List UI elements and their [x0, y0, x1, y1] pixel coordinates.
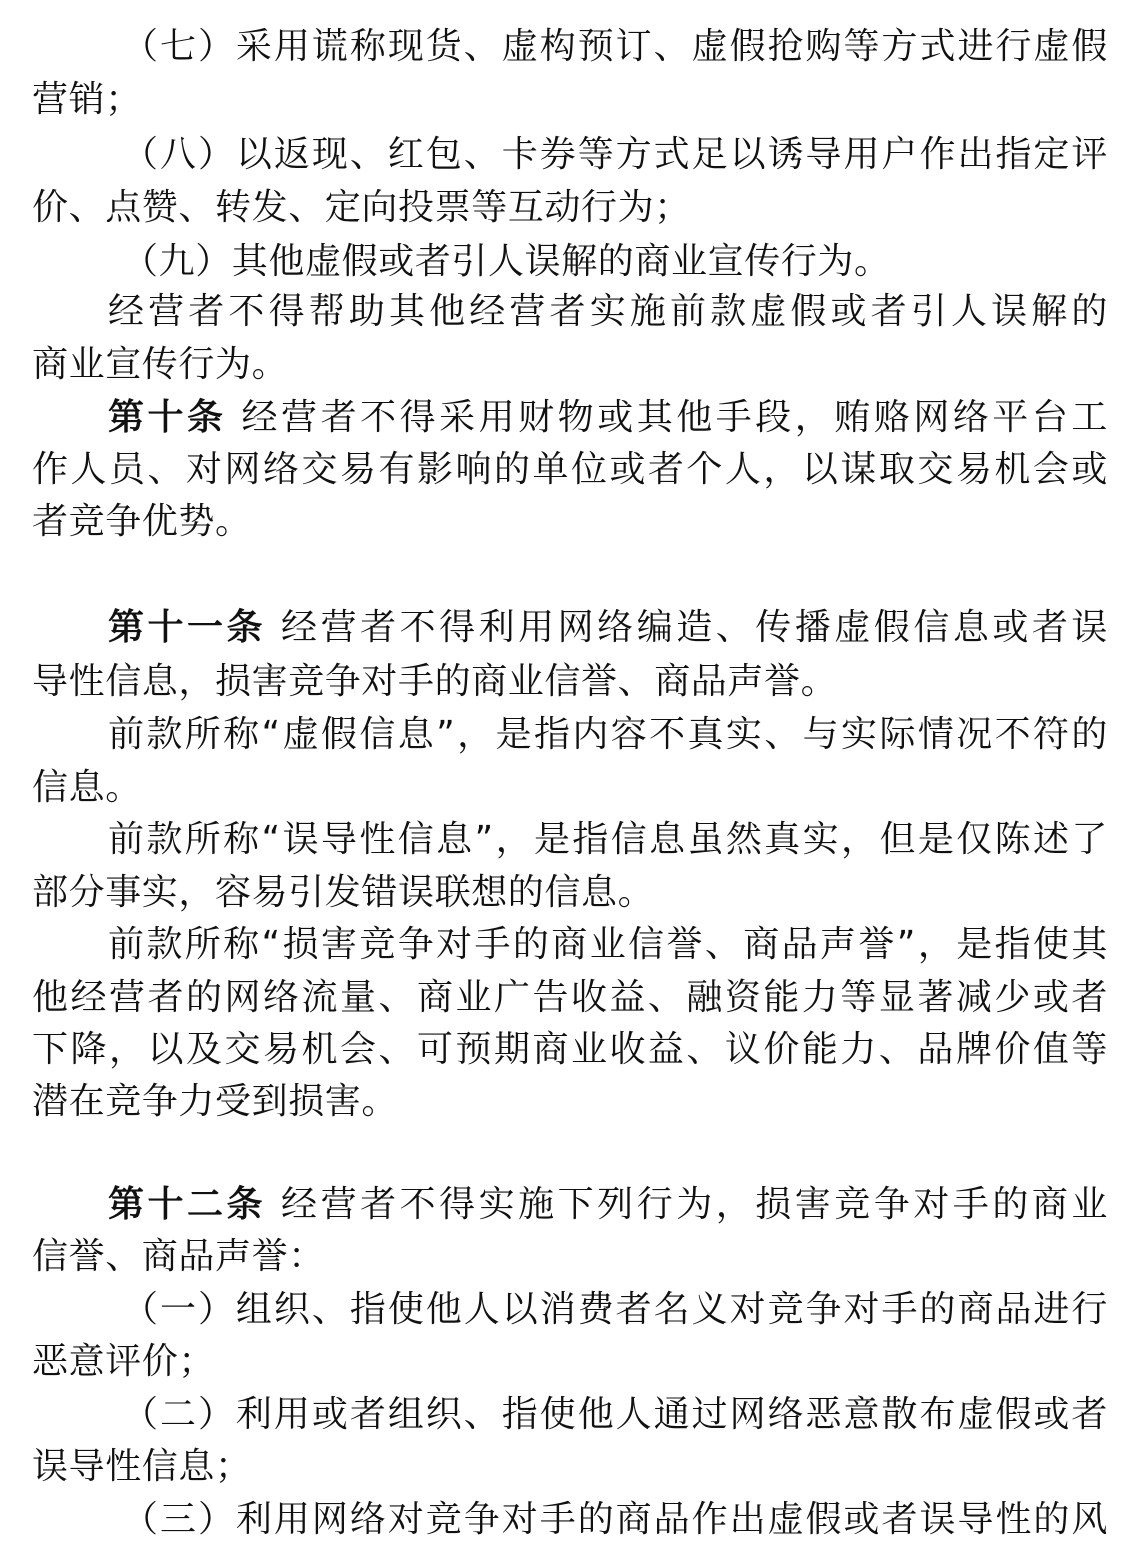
line-text: （九）其他虚假或者引人误解的商业宣传行为。 — [122, 241, 891, 282]
text-line: 经营者不得帮助其他经营者实施前款虚假或者引人误解的 — [108, 286, 1108, 338]
line-text: 信息。 — [32, 767, 142, 808]
text-line: 潜在竞争力受到损害。 — [32, 1076, 398, 1128]
line-text: 经营者不得帮助其他经营者实施前款虚假或者引人误解的 — [108, 291, 1108, 332]
text-line: （二）利用或者组织、指使他人通过网络恶意散布虚假或者 — [122, 1389, 1108, 1441]
line-text: 恶意评价； — [32, 1341, 215, 1382]
line-text: （一）组织、指使他人以消费者名义对竞争对手的商品进行 — [122, 1289, 1108, 1330]
text-line: 信息。 — [32, 762, 142, 814]
line-text: （三）利用网络对竞争对手的商品作出虚假或者误导性的风 — [122, 1499, 1108, 1540]
article-number: 第十二条 — [108, 1184, 266, 1225]
article-number: 第十条 — [108, 397, 227, 438]
line-text: 者竞争优势。 — [32, 501, 252, 542]
line-text: （八）以返现、红包、卡券等方式足以诱导用户作出指定评 — [122, 134, 1108, 175]
text-line: 价、点赞、转发、定向投票等互动行为； — [32, 182, 691, 234]
text-line: 前款所称“误导性信息”，是指信息虽然真实，但是仅陈述了 — [108, 814, 1108, 866]
text-line: 他经营者的网络流量、商业广告收益、融资能力等显著减少或者 — [32, 972, 1108, 1024]
line-text: （七）采用谎称现货、虚构预订、虚假抢购等方式进行虚假 — [122, 26, 1108, 67]
line-text: 经营者不得实施下列行为，损害竞争对手的商业 — [281, 1184, 1108, 1225]
line-text: 误导性信息； — [32, 1446, 252, 1487]
text-line: （三）利用网络对竞争对手的商品作出虚假或者误导性的风 — [122, 1494, 1108, 1546]
line-text: 导性信息，损害竞争对手的商业信誉、商品声誉。 — [32, 661, 837, 702]
text-line: 者竞争优势。 — [32, 496, 252, 548]
line-text: 下降，以及交易机会、可预期商业收益、议价能力、品牌价值等 — [32, 1029, 1108, 1070]
text-line: 前款所称“损害竞争对手的商业信誉、商品声誉”，是指使其 — [108, 919, 1108, 971]
article-heading-line: 第十一条 经营者不得利用网络编造、传播虚假信息或者误 — [108, 602, 1108, 654]
text-line: （九）其他虚假或者引人误解的商业宣传行为。 — [122, 236, 891, 288]
spacer — [227, 397, 242, 438]
text-line: 部分事实，容易引发错误联想的信息。 — [32, 867, 654, 919]
article-heading-line: 第十二条 经营者不得实施下列行为，损害竞争对手的商业 — [108, 1179, 1108, 1231]
line-text: 价、点赞、转发、定向投票等互动行为； — [32, 187, 691, 228]
article-number: 第十一条 — [108, 607, 266, 648]
spacer — [266, 607, 281, 648]
line-text: 作人员、对网络交易有影响的单位或者个人，以谋取交易机会或 — [32, 449, 1108, 490]
text-line: （一）组织、指使他人以消费者名义对竞争对手的商品进行 — [122, 1284, 1108, 1336]
line-text: 商业宣传行为。 — [32, 344, 288, 385]
text-line: 信誉、商品声誉： — [32, 1231, 325, 1283]
line-text: （二）利用或者组织、指使他人通过网络恶意散布虚假或者 — [122, 1394, 1108, 1435]
line-text: 他经营者的网络流量、商业广告收益、融资能力等显著减少或者 — [32, 977, 1108, 1018]
text-line: 商业宣传行为。 — [32, 339, 288, 391]
text-line: 前款所称“虚假信息”，是指内容不真实、与实际情况不符的 — [108, 709, 1108, 761]
line-text: 前款所称“损害竞争对手的商业信誉、商品声誉”，是指使其 — [108, 924, 1108, 965]
line-text: 信誉、商品声誉： — [32, 1236, 325, 1277]
line-text: 前款所称“虚假信息”，是指内容不真实、与实际情况不符的 — [108, 714, 1108, 755]
text-line: 恶意评价； — [32, 1336, 215, 1388]
text-line: 导性信息，损害竞争对手的商业信誉、商品声誉。 — [32, 656, 837, 708]
line-text: 前款所称“误导性信息”，是指信息虽然真实，但是仅陈述了 — [108, 819, 1108, 860]
text-line: 作人员、对网络交易有影响的单位或者个人，以谋取交易机会或 — [32, 444, 1108, 496]
text-line: 误导性信息； — [32, 1441, 252, 1493]
article-heading-line: 第十条 经营者不得采用财物或其他手段，贿赂网络平台工 — [108, 392, 1108, 444]
line-text: 经营者不得采用财物或其他手段，贿赂网络平台工 — [242, 397, 1108, 438]
text-line: 营销； — [32, 74, 142, 126]
text-line: （七）采用谎称现货、虚构预订、虚假抢购等方式进行虚假 — [122, 21, 1108, 73]
text-line: （八）以返现、红包、卡券等方式足以诱导用户作出指定评 — [122, 129, 1108, 181]
line-text: 潜在竞争力受到损害。 — [32, 1081, 398, 1122]
line-text: 营销； — [32, 79, 142, 120]
text-line: 下降，以及交易机会、可预期商业收益、议价能力、品牌价值等 — [32, 1024, 1108, 1076]
spacer — [266, 1184, 281, 1225]
line-text: 部分事实，容易引发错误联想的信息。 — [32, 872, 654, 913]
line-text: 经营者不得利用网络编造、传播虚假信息或者误 — [281, 607, 1108, 648]
